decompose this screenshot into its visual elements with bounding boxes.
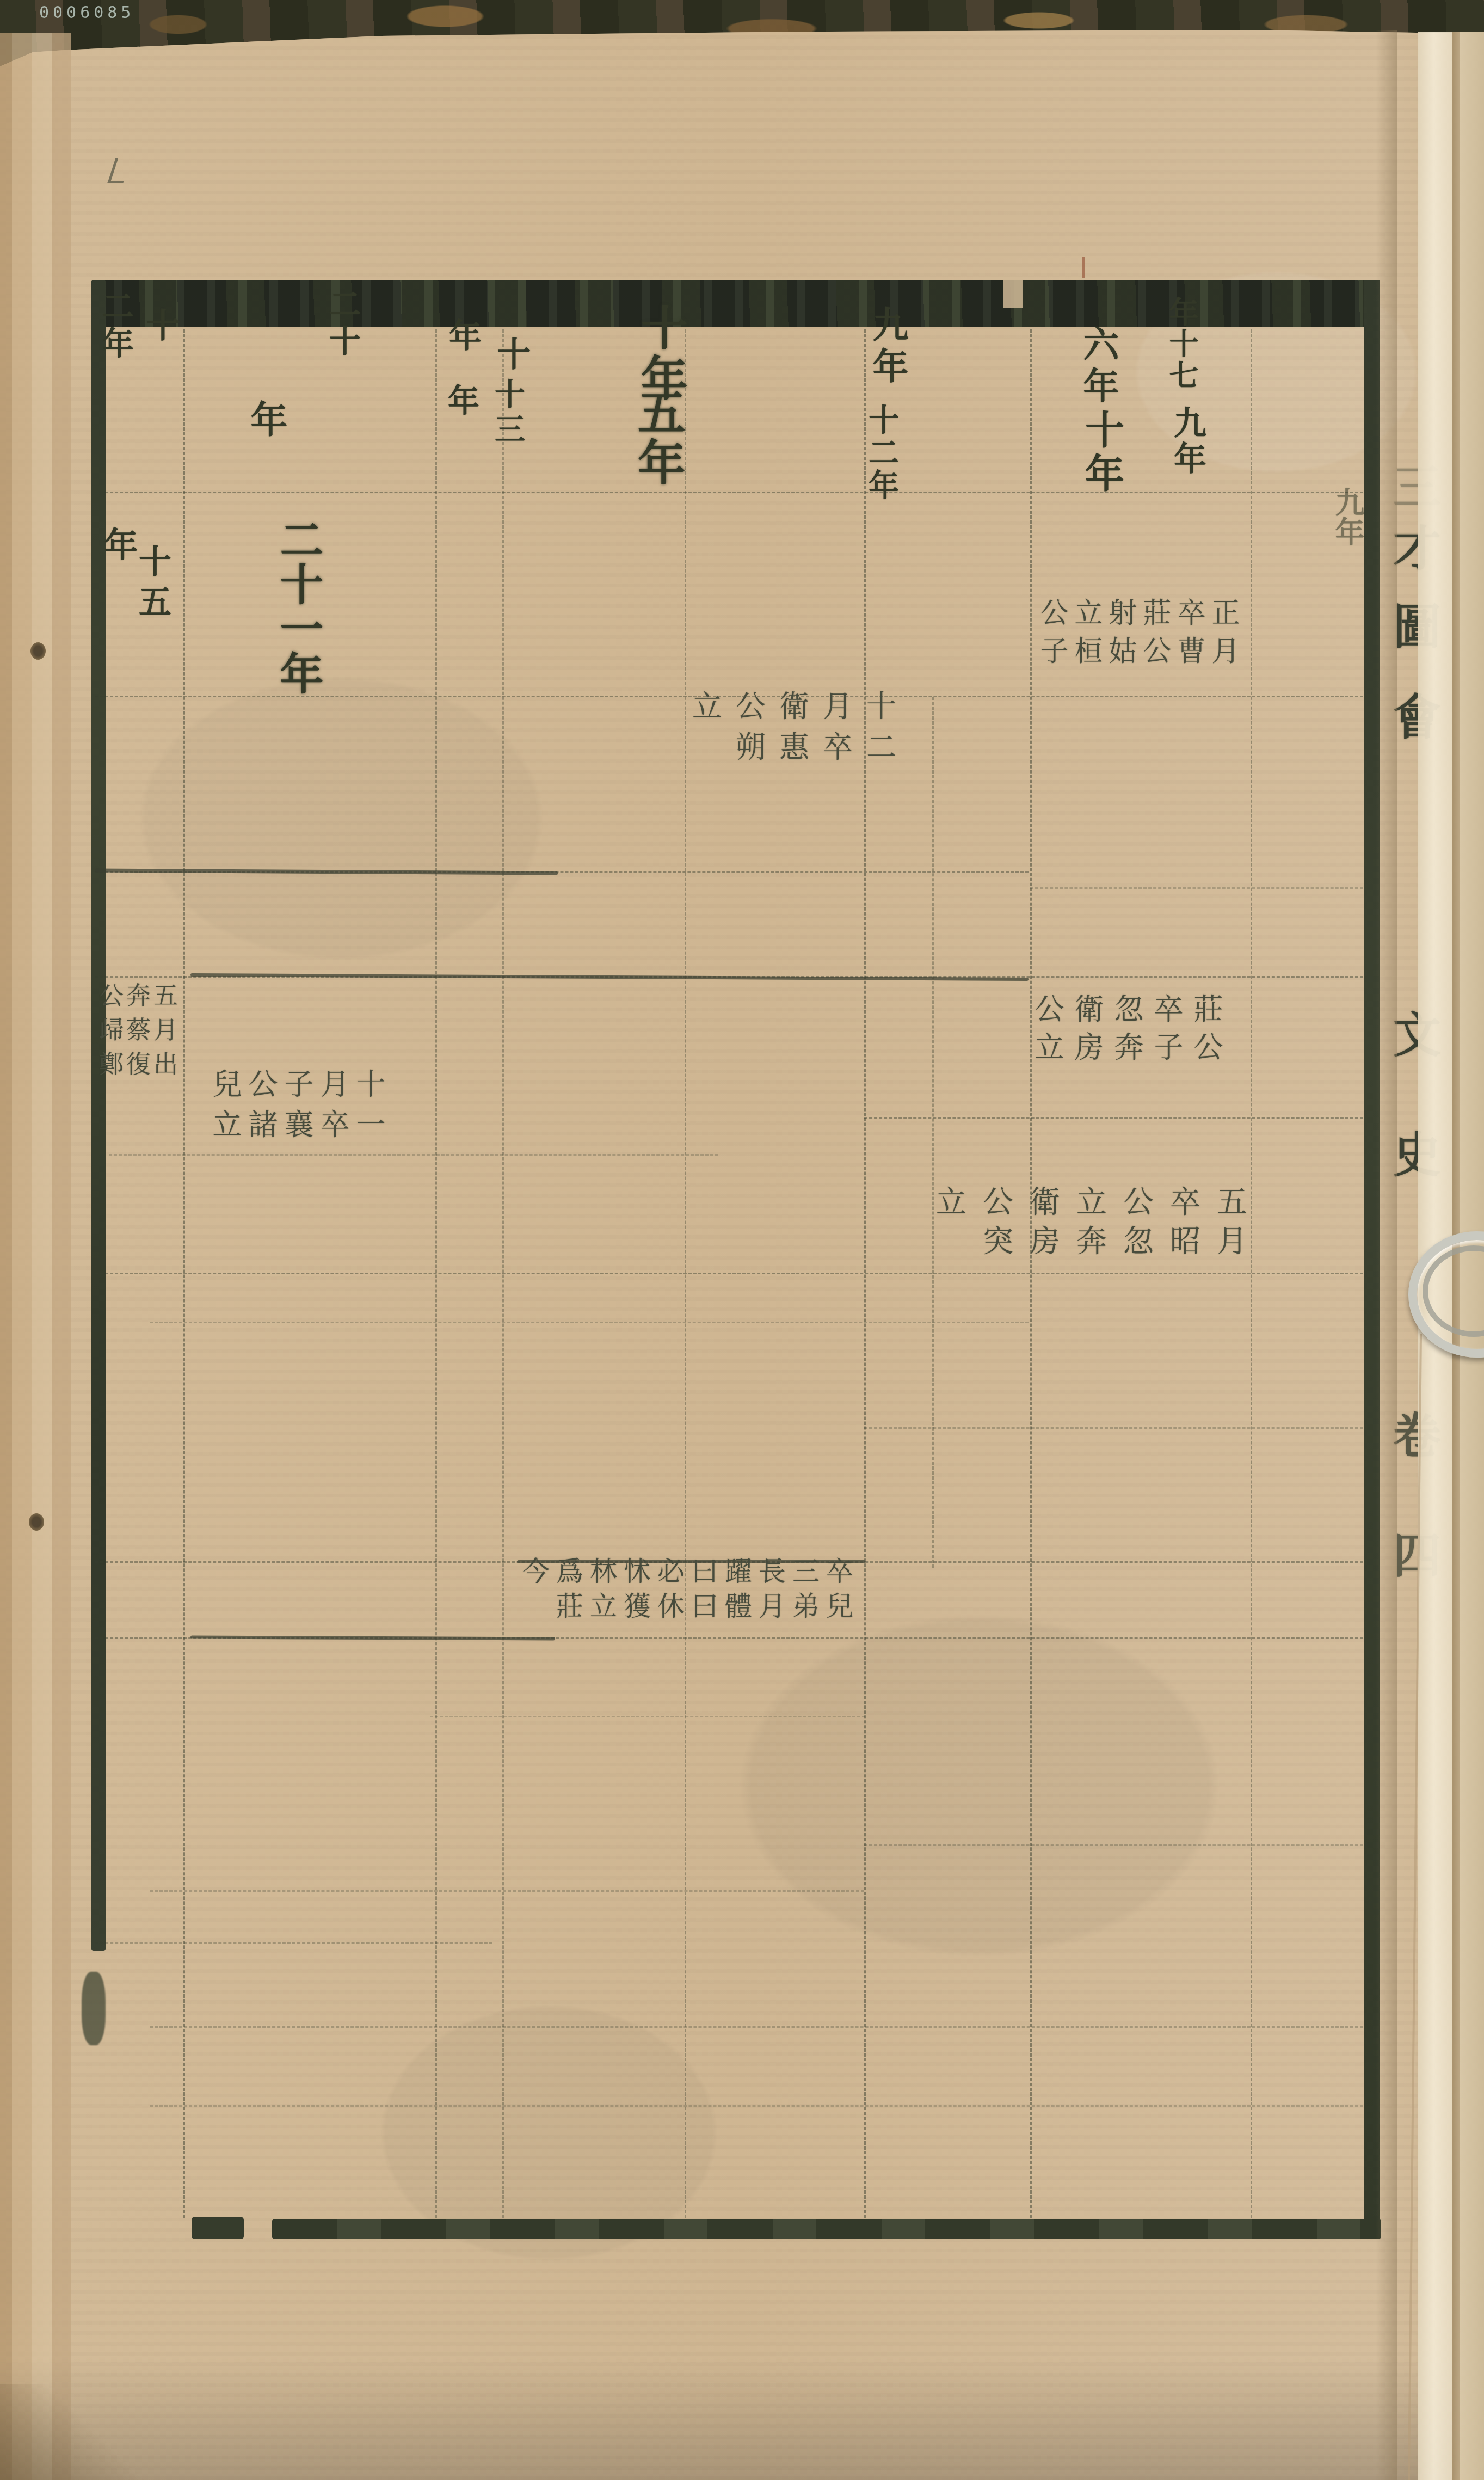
year-label: 五年 (635, 388, 682, 488)
year-label: 十二年 (866, 404, 897, 502)
row-rule (430, 1716, 865, 1717)
book-scan-photo: 0006085 十 二年 十五 年 二十 年 二十一年 十 年 (0, 0, 1484, 2480)
year-label: 九年 (870, 306, 906, 389)
year-label: 六年 (1080, 326, 1116, 408)
red-fiber-mark (1082, 257, 1085, 278)
event-annotation: 五月卒昭公忽立奔衛房公突立 (925, 1186, 1253, 1286)
year-label: 年 (446, 318, 479, 351)
row-rule (109, 1154, 718, 1156)
year-label: 十 (494, 336, 528, 370)
row-rule (1030, 887, 1363, 889)
year-label: 二年 (100, 290, 131, 364)
event-annotation: 卒兒三弟長月躍體曰曰必休怵獲林立爲莊今 (517, 1557, 854, 1650)
bottom-border-fragment (192, 2217, 244, 2239)
row-rule (864, 1117, 1363, 1119)
page-bottom-shadow (0, 2357, 1484, 2480)
year-label: 年 (248, 400, 285, 437)
event-annotation: 五月出奔蔡復公㱕鄭 (95, 983, 177, 1097)
event-annotation: 十二月卒衛惠公朔立 (683, 690, 901, 791)
event-annotation: 莊公卒子忽奔衛房公立 (1027, 993, 1226, 1089)
row-rule (95, 1942, 492, 1944)
binding-hole (29, 1513, 44, 1531)
event-annotation: 十一月卒子襄公諸兒立 (207, 1069, 386, 1169)
year-label: 年 (101, 527, 135, 561)
year-label: 十三 (492, 378, 523, 448)
border-ink-smudge (82, 1972, 106, 2045)
event-annotation: 正月卒曹莊公射姑立桓公子 (1034, 598, 1240, 690)
year-label: 十年 (1082, 409, 1121, 496)
archive-number-stamp: 0006085 (39, 3, 134, 22)
year-label: 二十一年 (276, 517, 320, 696)
row-rule (95, 492, 1363, 493)
year-label-fragment: 九年 (1333, 487, 1363, 546)
row-rule (150, 1322, 1029, 1323)
page-paper (0, 0, 1484, 2480)
year-label: 年十七 (1167, 297, 1197, 391)
metal-clip (1408, 1231, 1484, 1340)
year-label: 十五 (136, 544, 169, 625)
row-rule (150, 2105, 1363, 2107)
year-label: 九年 (1171, 406, 1204, 477)
row-rule (150, 1890, 864, 1892)
row-rule (150, 2026, 1363, 2028)
year-label: 二十 (327, 287, 358, 361)
row-rule (864, 1427, 1363, 1429)
binding-hole (30, 642, 46, 660)
row-rule (864, 1844, 1363, 1846)
year-label: 十 (143, 308, 177, 341)
table-bottom-border (272, 2219, 1381, 2239)
year-label: 年 (445, 384, 477, 415)
page-fold-shadow (1376, 30, 1397, 2480)
top-border-gap (1003, 280, 1023, 308)
column-rule (932, 697, 934, 1568)
page-stack-left-edge (0, 33, 71, 2480)
page-corner-shadow (0, 2384, 147, 2480)
